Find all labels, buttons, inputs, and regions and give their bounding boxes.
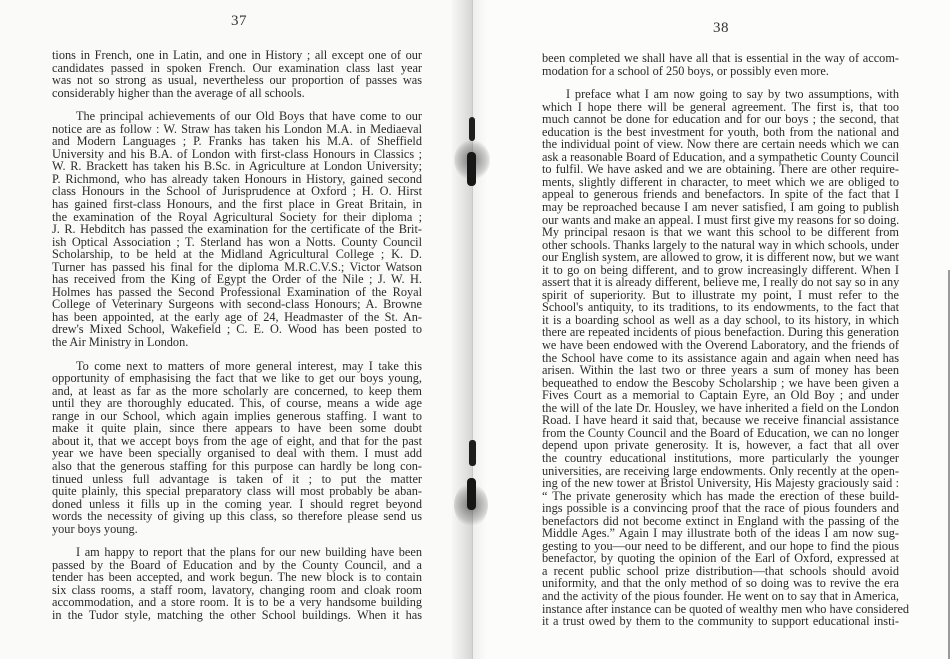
- binding-mark-1: [469, 117, 475, 141]
- text-line: My principal resaon is that we want this…: [542, 226, 899, 239]
- text-line: the country educational institutions, mo…: [542, 452, 899, 465]
- page-number-left: 37: [231, 13, 247, 30]
- text-line: was not so strong as usual, nevertheless…: [52, 74, 422, 87]
- text-line: in the Tudor style, matching the other S…: [52, 609, 422, 622]
- left-page-body: tions in French, one in Latin, and one i…: [52, 49, 422, 622]
- text-line: Middle Ages.” Again I may illustrate bot…: [542, 527, 899, 540]
- right-page: 38 been completed we shall have all that…: [472, 0, 950, 659]
- text-line: and the activity of the pious founder. H…: [542, 590, 899, 603]
- book-spread: 37 tions in French, one in Latin, and on…: [0, 0, 950, 659]
- left-page: 37 tions in French, one in Latin, and on…: [0, 0, 460, 659]
- text-line: tender has been accepted, and work begun…: [52, 571, 422, 584]
- text-line: until they are thoroughly educated. This…: [52, 397, 422, 410]
- text-line: may be reproached because I am never sat…: [542, 201, 899, 214]
- text-line: Road. I have heard it said that, because…: [542, 414, 899, 427]
- text-line: I am happy to report that the plans for …: [52, 546, 422, 559]
- text-line: words the necessity of giving up this cl…: [52, 510, 422, 523]
- text-line: modation for a school of 250 boys, or po…: [542, 65, 899, 78]
- text-line: your boys young.: [52, 523, 422, 536]
- binding-mark-4: [467, 478, 476, 510]
- text-line: much cannot be done for education and fo…: [542, 113, 899, 126]
- text-line: the individual point of view. Now there …: [542, 138, 899, 151]
- book-gutter-shadow: [452, 0, 486, 659]
- text-line: we have been endowed with the Overend La…: [542, 339, 899, 352]
- text-line: and Modern Languages ; P. Franks has tak…: [52, 135, 422, 148]
- paragraph: tions in French, one in Latin, and one i…: [52, 49, 422, 99]
- text-line: been completed we shall have all that is…: [542, 52, 899, 65]
- book-gutter-fold: [472, 0, 473, 659]
- text-line: ings possible is a convincing proof that…: [542, 502, 899, 515]
- text-line: also that the generous staffing for this…: [52, 460, 422, 473]
- text-line: benefactor, by quoting the opinion of th…: [542, 552, 899, 565]
- right-page-body: been completed we shall have all that is…: [542, 52, 899, 628]
- text-line: has gained first-class Honours, and the …: [52, 198, 422, 211]
- text-line: the Air Ministry in London.: [52, 336, 422, 349]
- text-line: Fives Court as a memorial to Captain Eyr…: [542, 389, 899, 402]
- text-line: ing of the new tower at Bristol Universi…: [542, 477, 899, 490]
- text-line: quite plainly, this special preparatory …: [52, 485, 422, 498]
- text-line: arisen. Within the last two or three yea…: [542, 364, 899, 377]
- text-line: tions in French, one in Latin, and one i…: [52, 49, 422, 62]
- page-number-right: 38: [713, 20, 729, 37]
- paragraph: I am happy to report that the plans for …: [52, 546, 422, 621]
- text-line: opportunity of emphasising the fact that…: [52, 372, 422, 385]
- text-line: J. R. Hebditch has passed the examinatio…: [52, 223, 422, 236]
- text-line: considerably higher than the average of …: [52, 87, 422, 100]
- text-line: assert that it is already different, bel…: [542, 276, 899, 289]
- binding-mark-2: [467, 152, 476, 186]
- text-line: I preface what I am now going to say by …: [542, 88, 899, 101]
- text-line: make it quite plain, since there appears…: [52, 422, 422, 435]
- paragraph: I preface what I am now going to say by …: [542, 88, 899, 628]
- text-line: The principal achievements of our Old Bo…: [52, 110, 422, 123]
- binding-mark-3: [469, 440, 476, 466]
- paragraph: The principal achievements of our Old Bo…: [52, 110, 422, 348]
- text-line: it a trust owed by them to the community…: [542, 615, 899, 628]
- text-line: our English system, are allowed to grow,…: [542, 251, 899, 264]
- text-line: has received from the King of Egypt the …: [52, 273, 422, 286]
- text-line: Scholarship, to be held at the Midland A…: [52, 248, 422, 261]
- paragraph: To come next to matters of more general …: [52, 360, 422, 536]
- paragraph: been completed we shall have all that is…: [542, 52, 899, 77]
